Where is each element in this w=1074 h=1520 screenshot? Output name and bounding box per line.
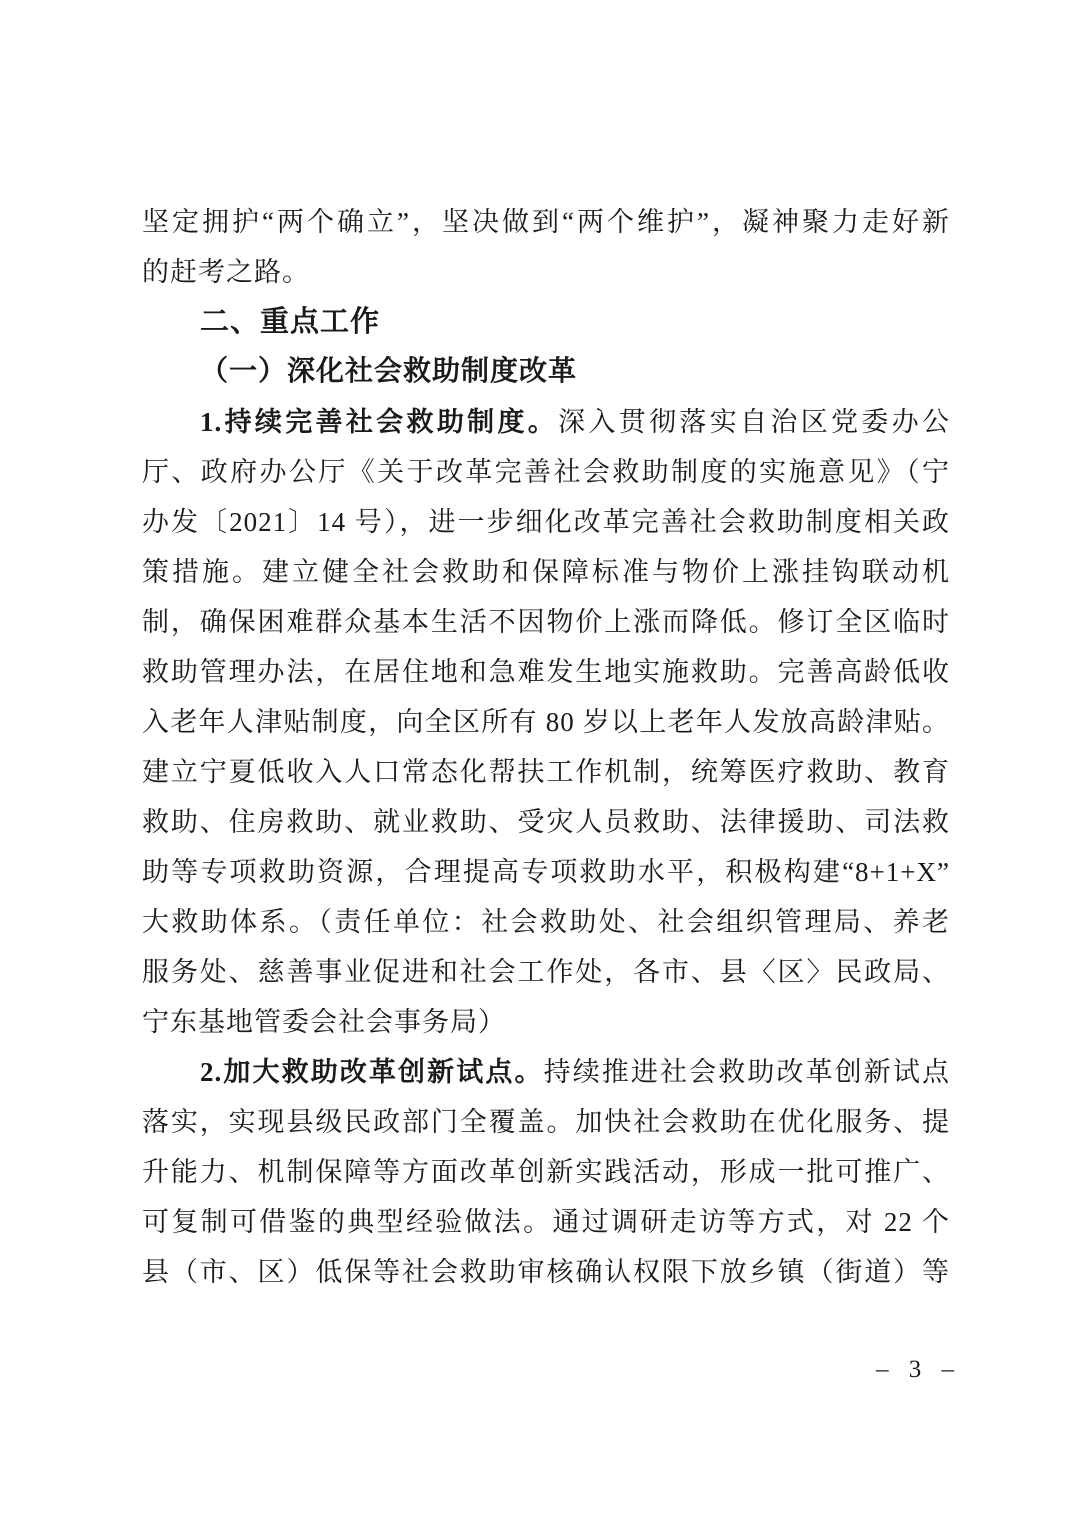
text-line: 大救助体系。（责任单位：社会救助处、社会组织管理局、养老: [142, 897, 950, 947]
text-line: 救助、住房救助、就业救助、受灾人员救助、法律援助、司法救: [142, 797, 950, 847]
document-page: 坚定拥护“两个确立”，坚决做到“两个维护”，凝神聚力走好新的赶考之路。二、重点工…: [0, 0, 1074, 1520]
text-segment: 救助、住房救助、就业救助、受灾人员救助、法律援助、司法救: [142, 807, 950, 837]
text-segment: 可复制可借鉴的典型经验做法。通过调研走访等方式，对 22 个: [142, 1207, 950, 1237]
text-line: 助等专项救助资源，合理提高专项救助水平，积极构建“8+1+X”: [142, 847, 950, 897]
text-line: 服务处、慈善事业促进和社会工作处，各市、县〈区〉民政局、: [142, 947, 950, 997]
heading-major-line: 二、重点工作: [142, 297, 950, 347]
text-line: 2.加大救助改革创新试点。持续推进社会救助改革创新试点: [142, 1047, 950, 1097]
text-segment: 的赶考之路。: [142, 257, 310, 287]
text-segment: 办发〔2021〕14 号），进一步细化改革完善社会救助制度相关政: [142, 507, 950, 537]
text-segment: 落实，实现县级民政部门全覆盖。加快社会救助在优化服务、提: [142, 1107, 950, 1137]
page-number: – 3 –: [876, 1356, 956, 1384]
text-segment: 服务处、慈善事业促进和社会工作处，各市、县〈区〉民政局、: [142, 957, 950, 987]
text-line: 厅、政府办公厅《关于改革完善社会救助制度的实施意见》（宁: [142, 447, 950, 497]
text-segment: （一）深化社会救助制度改革: [200, 356, 577, 387]
text-line: 落实，实现县级民政部门全覆盖。加快社会救助在优化服务、提: [142, 1097, 950, 1147]
text-segment: 厅、政府办公厅《关于改革完善社会救助制度的实施意见》（宁: [142, 457, 950, 487]
text-segment: 宁东基地管委会社会事务局）: [142, 1007, 506, 1037]
text-segment: 持续推进社会救助改革创新试点: [544, 1057, 950, 1087]
text-line: 制，确保困难群众基本生活不因物价上涨而降低。修订全区临时: [142, 597, 950, 647]
text-segment: 二、重点工作: [200, 306, 380, 338]
text-segment: 2.加大救助改革创新试点。: [200, 1057, 544, 1087]
text-segment: 制，确保困难群众基本生活不因物价上涨而降低。修订全区临时: [142, 607, 950, 637]
text-segment: 升能力、机制保障等方面改革创新实践活动，形成一批可推广、: [142, 1157, 950, 1187]
text-line: 救助管理办法，在居住地和急难发生地实施救助。完善高龄低收: [142, 647, 950, 697]
text-segment: 建立宁夏低收入人口常态化帮扶工作机制，统筹医疗救助、教育: [142, 757, 950, 787]
text-segment: 入老年人津贴制度，向全区所有 80 岁以上老年人发放高龄津贴。: [142, 707, 950, 737]
text-segment: 助等专项救助资源，合理提高专项救助水平，积极构建“8+1+X”: [142, 857, 950, 887]
text-line: 的赶考之路。: [142, 247, 950, 297]
text-line: 升能力、机制保障等方面改革创新实践活动，形成一批可推广、: [142, 1147, 950, 1197]
text-segment: 深入贯彻落实自治区党委办公: [558, 407, 950, 437]
text-line: 办发〔2021〕14 号），进一步细化改革完善社会救助制度相关政: [142, 497, 950, 547]
text-segment: 策措施。建立健全社会救助和保障标准与物价上涨挂钩联动机: [142, 557, 950, 587]
text-segment: 救助管理办法，在居住地和急难发生地实施救助。完善高龄低收: [142, 657, 950, 687]
text-segment: 大救助体系。（责任单位：社会救助处、社会组织管理局、养老: [142, 907, 950, 937]
text-segment: 坚定拥护“两个确立”，坚决做到“两个维护”，凝神聚力走好新: [142, 207, 950, 237]
text-line: 入老年人津贴制度，向全区所有 80 岁以上老年人发放高龄津贴。: [142, 697, 950, 747]
text-line: 1.持续完善社会救助制度。深入贯彻落实自治区党委办公: [142, 397, 950, 447]
text-line: 可复制可借鉴的典型经验做法。通过调研走访等方式，对 22 个: [142, 1197, 950, 1247]
text-line: 宁东基地管委会社会事务局）: [142, 997, 950, 1047]
text-line: 坚定拥护“两个确立”，坚决做到“两个维护”，凝神聚力走好新: [142, 197, 950, 247]
text-segment: 县（市、区）低保等社会救助审核确认权限下放乡镇（街道）等: [142, 1257, 950, 1287]
text-segment: 1.持续完善社会救助制度。: [200, 407, 558, 437]
text-line: 策措施。建立健全社会救助和保障标准与物价上涨挂钩联动机: [142, 547, 950, 597]
document-body: 坚定拥护“两个确立”，坚决做到“两个维护”，凝神聚力走好新的赶考之路。二、重点工…: [142, 197, 950, 1297]
text-line: 县（市、区）低保等社会救助审核确认权限下放乡镇（街道）等: [142, 1247, 950, 1297]
text-line: 建立宁夏低收入人口常态化帮扶工作机制，统筹医疗救助、教育: [142, 747, 950, 797]
heading-sub-line: （一）深化社会救助制度改革: [142, 347, 950, 397]
